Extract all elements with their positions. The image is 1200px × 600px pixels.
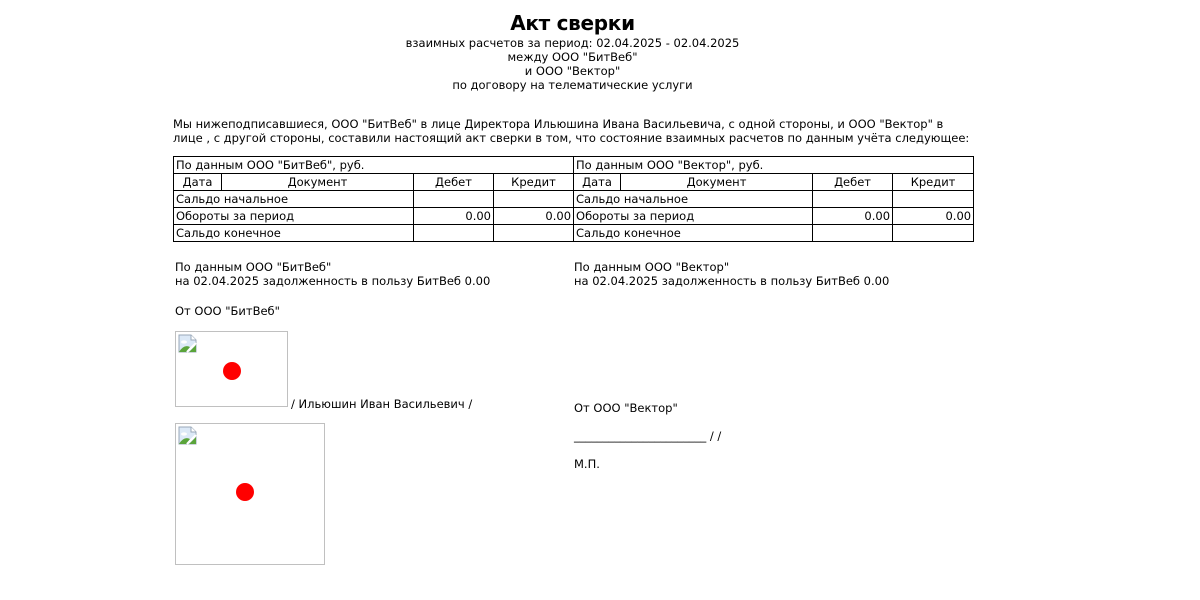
left-debit: 0.00 (414, 208, 494, 225)
table-caption-row: По данным ООО "БитВеб", руб. По данным О… (174, 157, 974, 174)
left-credit (494, 225, 574, 242)
left-signer-name: / Ильюшин Иван Васильевич / (291, 397, 472, 411)
row-label: Обороты за период (174, 208, 414, 225)
row-label: Сальдо конечное (174, 225, 414, 242)
contract-line: по договору на телематические услуги (0, 78, 1145, 92)
row-label: Сальдо начальное (574, 191, 813, 208)
table-row: Сальдо конечное Сальдо конечное (174, 225, 974, 242)
right-credit (893, 225, 974, 242)
stamp-label: М.П. (574, 457, 600, 471)
col-debit: Дебет (414, 174, 494, 191)
right-summary-line2: на 02.04.2025 задолженность в пользу Бит… (574, 274, 889, 288)
stamp-image (175, 423, 325, 565)
right-debit (813, 225, 893, 242)
col-credit: Кредит (893, 174, 974, 191)
broken-image-icon (178, 334, 197, 353)
reconciliation-table: По данным ООО "БитВеб", руб. По данным О… (173, 156, 974, 242)
row-label: Сальдо начальное (174, 191, 414, 208)
right-signature-line: _______________________ / / (574, 429, 721, 443)
row-label: Сальдо конечное (574, 225, 813, 242)
right-credit: 0.00 (893, 208, 974, 225)
marker-dot (223, 362, 241, 380)
table-row: Обороты за период 0.00 0.00 Обороты за п… (174, 208, 974, 225)
col-document: Документ (621, 174, 813, 191)
and-line: и ООО "Вектор" (0, 64, 1145, 78)
right-from-label: От ООО "Вектор" (574, 401, 678, 415)
signature-image (175, 331, 288, 407)
col-credit: Кредит (494, 174, 574, 191)
between-line: между ООО "БитВеб" (0, 50, 1145, 64)
right-debit: 0.00 (813, 208, 893, 225)
period-line: взаимных расчетов за период: 02.04.2025 … (0, 36, 1145, 50)
intro-paragraph: Мы нижеподписавшиеся, ООО "БитВеб" в лиц… (173, 117, 973, 145)
left-credit (494, 191, 574, 208)
left-caption: По данным ООО "БитВеб", руб. (174, 157, 574, 174)
broken-image-icon (178, 426, 197, 445)
table-row: Сальдо начальное Сальдо начальное (174, 191, 974, 208)
col-debit: Дебет (813, 174, 893, 191)
table-header-row: Дата Документ Дебет Кредит Дата Документ… (174, 174, 974, 191)
right-debit (813, 191, 893, 208)
left-summary-line1: По данным ООО "БитВеб" (175, 260, 331, 274)
marker-dot (236, 483, 254, 501)
col-date: Дата (574, 174, 621, 191)
right-caption: По данным ООО "Вектор", руб. (574, 157, 974, 174)
right-summary-line1: По данным ООО "Вектор" (574, 260, 729, 274)
right-credit (893, 191, 974, 208)
left-debit (414, 191, 494, 208)
row-label: Обороты за период (574, 208, 813, 225)
left-debit (414, 225, 494, 242)
left-summary-line2: на 02.04.2025 задолженность в пользу Бит… (175, 274, 490, 288)
document-title: Акт сверки (0, 11, 1145, 35)
col-document: Документ (222, 174, 414, 191)
col-date: Дата (174, 174, 222, 191)
left-from-label: От ООО "БитВеб" (175, 304, 280, 318)
left-credit: 0.00 (494, 208, 574, 225)
